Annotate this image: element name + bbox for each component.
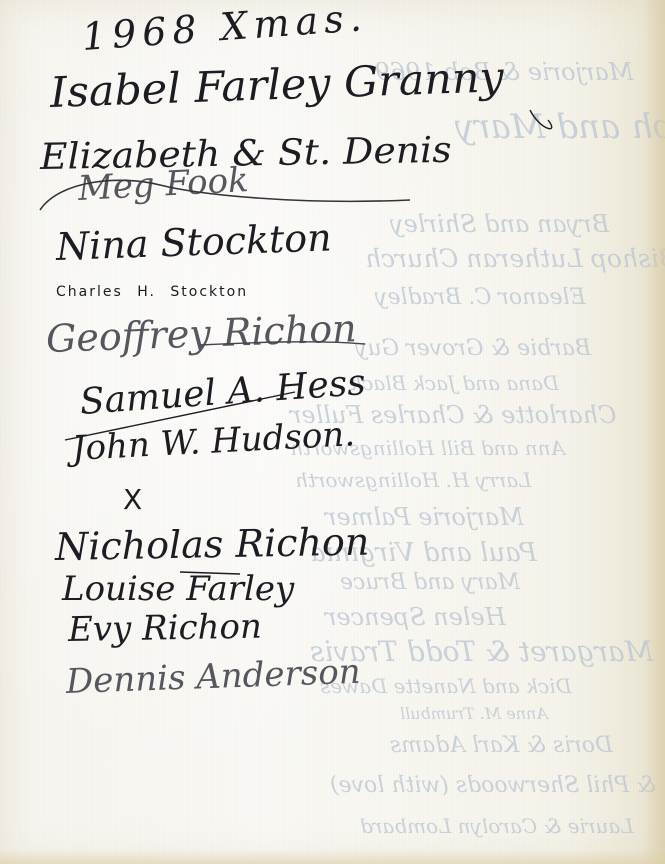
page-heading-1968-xmas: 1968 Xmas.	[81, 0, 369, 56]
bleed-line: Dana and Jack Black	[350, 373, 559, 393]
signature-louise-farley: Louise Farley	[62, 572, 294, 606]
bleed-line: Beth & Phil Sherwoods (with love)	[330, 775, 665, 797]
signature-isabel-farley-granny: Isabel Farley Granny	[49, 56, 504, 114]
signature-evy-richon: Evy Richon	[68, 610, 262, 647]
signature-john-w-hudson: John W. Hudson.	[71, 417, 356, 466]
signature-nicholas-richon: Nicholas Richon	[55, 523, 370, 566]
bleed-line: Margaret & Todd Travis	[310, 638, 653, 666]
signature-dennis-anderson: Dennis Anderson	[65, 655, 361, 699]
signature-nina-stockton: Nina Stockton	[55, 218, 332, 266]
signature-meg-fook: Meg Fook	[77, 163, 249, 206]
bleed-line: Barbie & Grover Guy	[355, 338, 591, 360]
bleed-line: Laurie & Carolyn Lombard	[360, 816, 634, 836]
bleed-line: Larry H. Hollingsworth	[295, 470, 531, 490]
signature-geoffrey-richon: Geoffrey Richon	[45, 309, 357, 358]
paper-edge-bottom	[0, 850, 665, 864]
bleed-line: Bishop Lutheran Church	[365, 246, 665, 271]
bleed-line: Bryan and Shirley	[390, 212, 609, 236]
bleed-line: Ralph and Mary	[455, 110, 665, 144]
bleed-line: Anne M. Trumbull	[400, 706, 548, 722]
paper-edge-right	[643, 0, 665, 864]
bleed-line: Eleanor C. Bradley	[375, 287, 586, 309]
bleed-line: Mary and Bruce	[340, 572, 520, 594]
bleed-line: Helen Spencer	[325, 605, 506, 629]
signature-x-mark: X	[123, 486, 142, 514]
signature-charles-h-stockton: Charles H. Stockton	[56, 285, 248, 299]
bleed-line: Doris & Karl Adams	[390, 735, 613, 757]
signature-samuel-a-hess: Samuel A. Hess	[79, 365, 367, 421]
signature-page: Marjorie & Bob 1969 Ralph and Mary Bryan…	[0, 0, 665, 864]
